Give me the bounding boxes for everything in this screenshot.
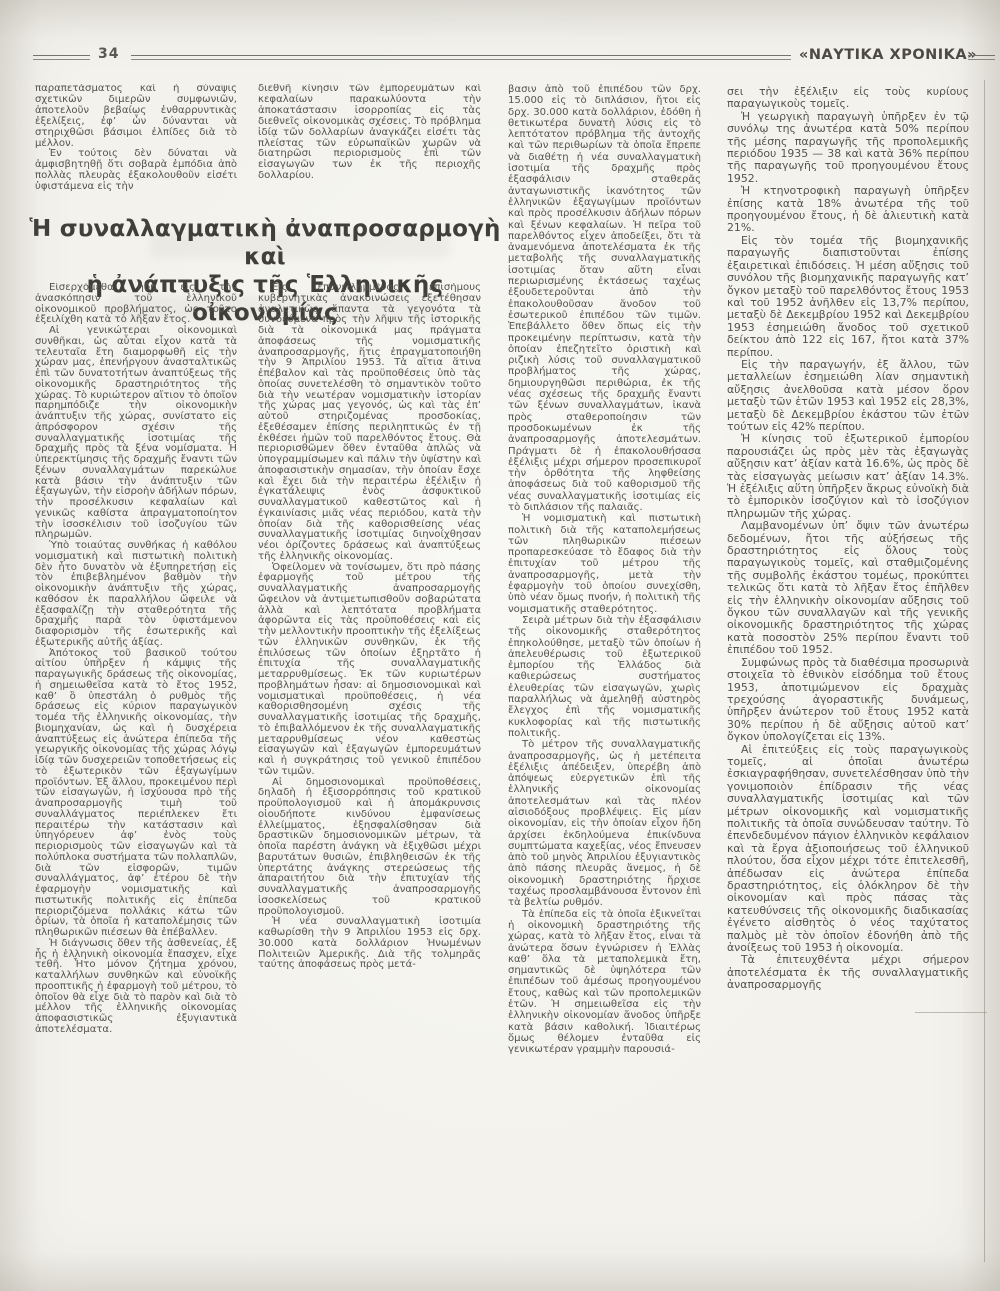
paragraph: Ἡ διάγνωσις ὅθεν τῆς ἀσθενείας, ἐξ ἧς ἡ …	[35, 939, 237, 1036]
page-number: 34	[98, 46, 119, 62]
intro-column-left: παραπετάσματος καὶ ἡ σύναψις σχετικῶν δι…	[35, 84, 237, 216]
header-rule-right	[968, 55, 995, 60]
paragraph: παραπετάσματος καὶ ἡ σύναψις σχετικῶν δι…	[35, 84, 237, 149]
paragraph: Ἡ γεωργικὴ παραγωγὴ ὑπῆρξεν ἐν τῷ συνόλῳ…	[727, 111, 969, 185]
paragraph: Ἀπότοκος τοῦ βασικοῦ τούτου αἰτίου ὑπῆρξ…	[35, 649, 237, 939]
scanned-magazine-page: 34 «ΝΑΥΤΙΚΑ ΧΡΟΝΙΚΑ» παραπετάσματος καὶ …	[0, 0, 1000, 1291]
paragraph: Λαμβανομένων ὑπ’ ὄψιν τῶν ἀνωτέρω δεδομέ…	[727, 520, 969, 656]
paragraph: Ἡ κίνησις τοῦ ἐξωτερικοῦ ἐμπορίου παρουσ…	[727, 433, 969, 520]
paragraph: Ἡ νέα συναλλαγματικὴ ἰσοτιμία καθωρίσθη …	[258, 917, 481, 971]
paragraph: σει τὴν ἐξέλιξιν εἰς τοὺς κυρίους παραγω…	[727, 86, 969, 111]
paragraph: Σειρὰ μέτρων διὰ τὴν ἐξασφάλισιν τῆς οἰκ…	[508, 615, 701, 739]
stray-rule-artifact	[915, 1012, 987, 1013]
body-column-3: βασιν ἀπὸ τοῦ ἐπιπέδου τῶν δρχ. 15.000 ε…	[508, 84, 701, 1286]
paragraph: Τὰ ἐπίπεδα εἰς τὰ ὁποῖα ἐξικνεῖται ἡ οἰκ…	[508, 909, 701, 1056]
paragraph: Ἐν τούτοις δὲν δύναται νὰ ἀμφισβητηθῇ ὅτ…	[35, 149, 237, 193]
body-column-2: Εἰς ἐπανειλημμένας ἐπισήμους κυβερνητικὰ…	[258, 283, 481, 1285]
paragraph: Εἰς ἐπανειλημμένας ἐπισήμους κυβερνητικὰ…	[258, 283, 481, 563]
paragraph: Εἰς τὴν παραγωγήν, ἐξ ἄλλου, τῶν μεταλλε…	[727, 359, 969, 433]
paragraph: Εἰς τὸν τομέα τῆς βιομηχανικῆς παραγωγῆς…	[727, 235, 969, 359]
paragraph: Αἱ γενικώτεραι οἰκονομικαὶ συνθῆκαι, ὡς …	[35, 326, 237, 541]
intro-column-right: διεθνῆ κίνησιν τῶν ἐμπορευμάτων καὶ κεφα…	[258, 84, 481, 220]
masthead: «ΝΑΥΤΙΚΑ ΧΡΟΝΙΚΑ»	[799, 47, 977, 63]
paragraph: Συμφώνως πρὸς τὰ διαθέσιμα προσωρινὰ στο…	[727, 657, 969, 744]
body-column-1: Εἰσερχόμεθα ἤδη εἰς τὴν ἀνασκόπησιν τοῦ …	[35, 283, 237, 1285]
paragraph: Αἱ ἐπιτεύξεις εἰς τοὺς παραγωγικοὺς τομε…	[727, 744, 969, 955]
paragraph: Ἡ κτηνοτροφικὴ παραγωγὴ ὑπῆρξεν ἐπίσης κ…	[727, 185, 969, 235]
headline-line-1: Ἡ συναλλαγματικὴ ἀναπροσαρμογὴ καὶ	[28, 215, 502, 271]
paragraph: Εἰσερχόμεθα ἤδη εἰς τὴν ἀνασκόπησιν τοῦ …	[35, 283, 237, 326]
paragraph: διεθνῆ κίνησιν τῶν ἐμπορευμάτων καὶ κεφα…	[258, 84, 481, 182]
paragraph: Ἡ νομισματικὴ καὶ πιστωτικὴ πολιτικὴ διὰ…	[508, 513, 701, 615]
paragraph: Ὑπὸ τοιαύτας συνθήκας ἡ καθόλου νομισματ…	[35, 541, 237, 649]
paragraph: Τὰ ἐπιτευχθέντα μέχρι σήμερον ἀποτελέσμα…	[727, 954, 969, 991]
header-rule-left	[33, 55, 90, 60]
paragraph: Αἱ δημοσιονομικαὶ προϋποθέσεις, δηλαδὴ ἡ…	[258, 778, 481, 918]
paragraph: Τὸ μέτρον τῆς συναλλαγματικῆς ἀναπροσαρμ…	[508, 739, 701, 908]
paragraph: βασιν ἀπὸ τοῦ ἐπιπέδου τῶν δρχ. 15.000 ε…	[508, 84, 701, 513]
page-fold-rule	[984, 80, 985, 1262]
header-rule-middle	[131, 55, 791, 60]
paragraph: Ὀφείλομεν νὰ τονίσωμεν, ὅτι πρὸ πάσης ἐφ…	[258, 563, 481, 778]
body-column-4: σει τὴν ἐξέλιξιν εἰς τοὺς κυρίους παραγω…	[727, 86, 969, 1286]
